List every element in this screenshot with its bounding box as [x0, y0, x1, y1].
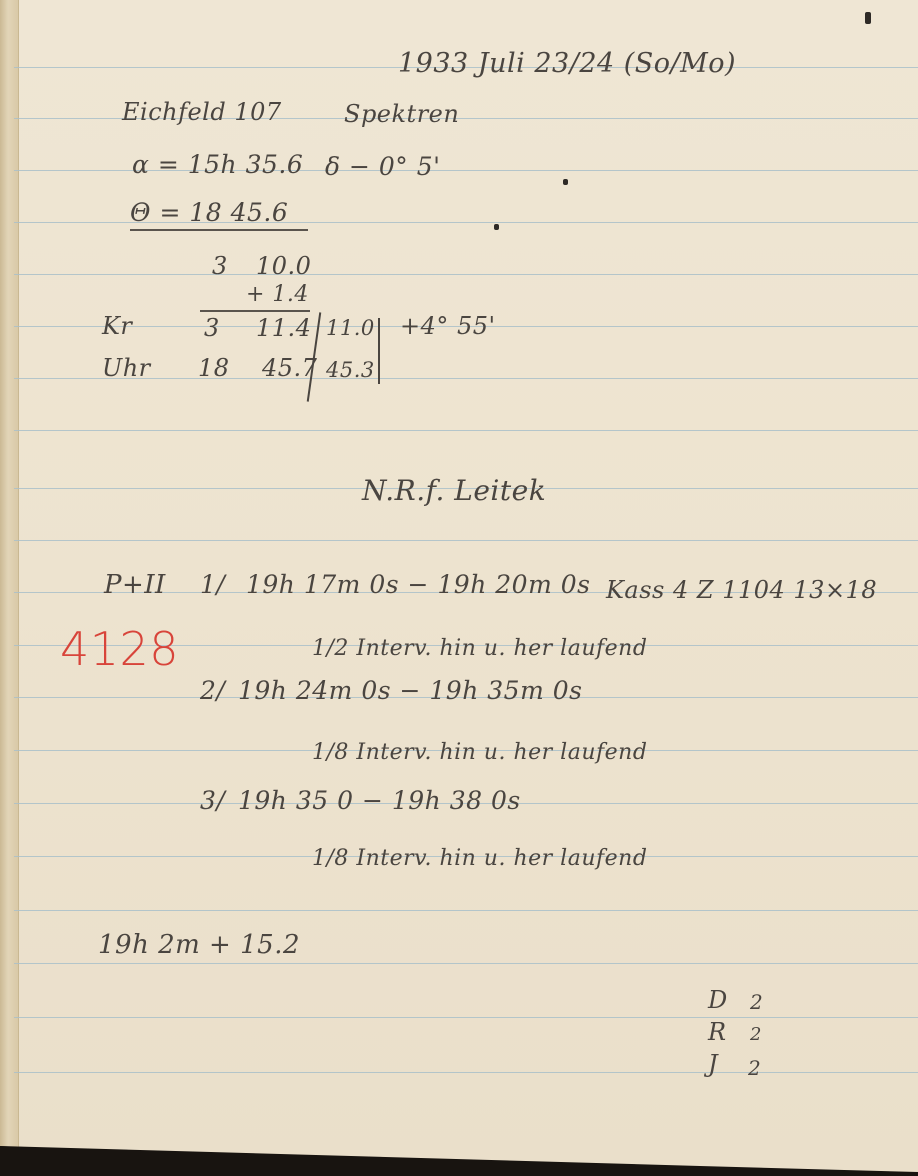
initial-j-value: 2: [748, 1056, 761, 1080]
right-ascension: α = 15h 35.6: [132, 150, 303, 179]
ink-mark: [494, 224, 499, 230]
exposure-2-note: 1/8 Interv. hin u. her laufend: [312, 740, 647, 765]
declination: δ − 0° 5': [325, 152, 441, 181]
exposure-2-time: 19h 24m 0s − 19h 35m 0s: [238, 676, 582, 705]
calc-row1-h: 3: [212, 252, 228, 280]
exposure-1-num: 1/: [200, 570, 225, 599]
initial-d-value: 2: [750, 990, 763, 1014]
kr-col2: 11.0: [326, 316, 375, 340]
calc-row2-m: + 1.4: [246, 282, 309, 307]
ruled-line: [14, 1017, 918, 1018]
sidereal-time: Θ = 18 45.6: [130, 198, 308, 231]
kr-col3: +4° 55': [400, 312, 496, 340]
calc-row1-m: 10.0: [256, 252, 311, 280]
kr-h: 3: [204, 314, 220, 342]
ruled-line: [14, 430, 918, 431]
object-type: Spektren: [344, 100, 459, 128]
ink-mark: [563, 179, 568, 185]
plate-number: 4128: [60, 622, 179, 676]
ruled-line: [14, 274, 918, 275]
initial-r-value: 2: [750, 1024, 762, 1045]
ruled-line: [14, 963, 918, 964]
uhr-h: 18: [198, 354, 230, 382]
ruled-line: [14, 910, 918, 911]
kr-m: 11.4: [256, 314, 311, 342]
exposure-1-note: 1/2 Interv. hin u. her laufend: [312, 636, 647, 661]
sum-line: [200, 310, 310, 312]
exposure-3-time: 19h 35 0 − 19h 38 0s: [238, 786, 521, 815]
ruled-line: [14, 540, 918, 541]
initial-r-letter: R: [708, 1018, 727, 1046]
uhr-label: Uhr: [102, 354, 151, 382]
uhr-col2: 45.3: [326, 358, 375, 382]
initial-d-letter: D: [708, 986, 728, 1014]
exposure-2-num: 2/: [200, 676, 225, 705]
object-title: Eichfeld 107: [122, 98, 282, 126]
page-binding-edge: [0, 0, 19, 1176]
exposure-3-note: 1/8 Interv. hin u. her laufend: [312, 846, 647, 871]
column-divider: [378, 318, 380, 384]
notebook-page: 1933 Juli 23/24 (So/Mo) Eichfeld 107 Spe…: [0, 0, 918, 1176]
ink-mark: [865, 12, 871, 24]
date-heading: 1933 Juli 23/24 (So/Mo): [398, 48, 736, 79]
instrument-label: N.R.f. Leitek: [362, 474, 546, 507]
exposure-1-time: 19h 17m 0s − 19h 20m 0s: [246, 570, 590, 599]
exposure-1-extra: Kass 4 Z 1104 13×18: [606, 576, 877, 604]
exposure-prefix: P+II: [104, 570, 166, 600]
footer-calc: 19h 2m + 15.2: [98, 930, 300, 960]
exposure-3-num: 3/: [200, 786, 225, 815]
ruled-line: [14, 1072, 918, 1073]
initial-j-letter: J: [708, 1050, 718, 1078]
kr-label: Kr: [102, 312, 132, 340]
